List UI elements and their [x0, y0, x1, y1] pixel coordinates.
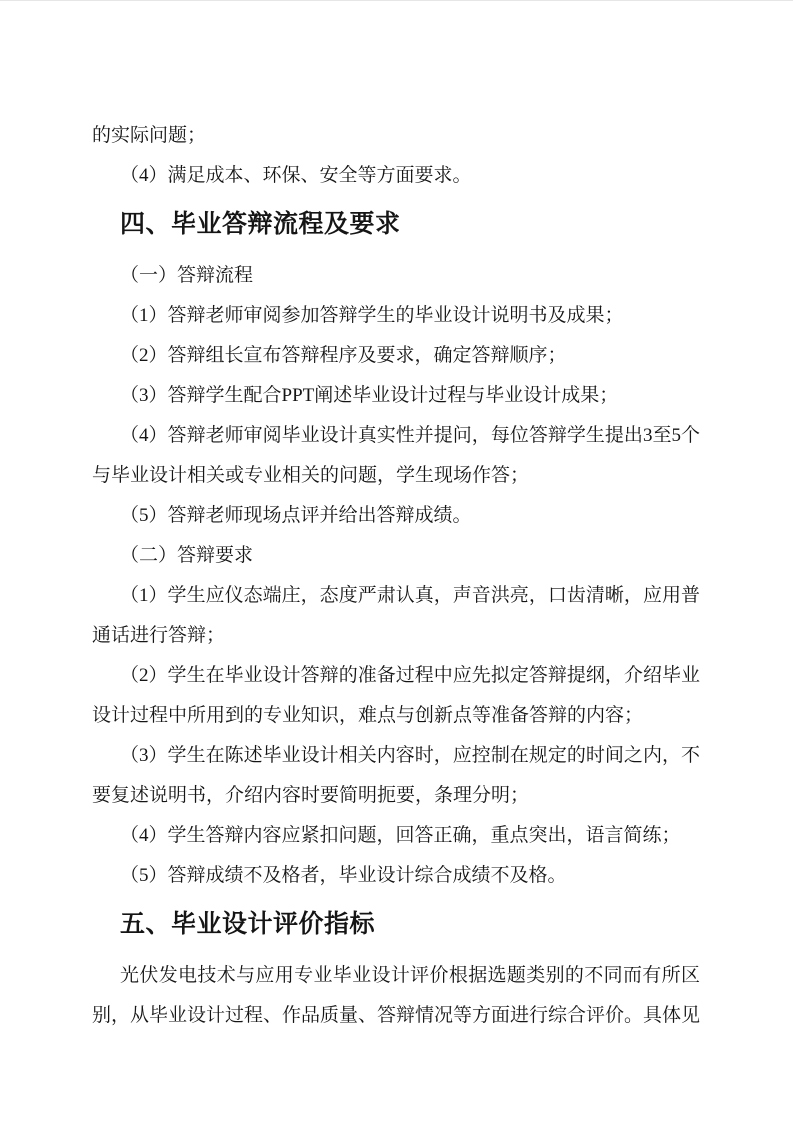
paragraph-line: （4）学生答辩内容应紧扣问题，回答正确，重点突出，语言简练； — [92, 816, 700, 856]
section-heading: 五、毕业设计评价指标 — [92, 904, 700, 944]
paragraph-line: （3）答辩学生配合PPT阐述毕业设计过程与毕业设计成果； — [92, 376, 700, 416]
paragraph-line: （5）答辩老师现场点评并给出答辩成绩。 — [92, 496, 700, 536]
paragraph-line: （2）答辩组长宣布答辩程序及要求，确定答辩顺序； — [92, 336, 700, 376]
section-heading: 四、毕业答辩流程及要求 — [92, 204, 700, 244]
paragraph-line: （1）答辩老师审阅参加答辩学生的毕业设计说明书及成果； — [92, 296, 700, 336]
paragraph-line: （2）学生在毕业设计答辩的准备过程中应先拟定答辩提纲，介绍毕业 — [92, 656, 700, 696]
paragraph-line: （4）满足成本、环保、安全等方面要求。 — [92, 156, 700, 196]
paragraph-line: 的实际问题； — [92, 116, 700, 156]
paragraph-line: （3）学生在陈述毕业设计相关内容时，应控制在规定的时间之内，不 — [92, 736, 700, 776]
paragraph-line: 设计过程中所用到的专业知识，难点与创新点等准备答辩的内容； — [92, 696, 700, 736]
paragraph-line: 别，从毕业设计过程、作品质量、答辩情况等方面进行综合评价。具体见 — [92, 996, 700, 1036]
paragraph-line: （1）学生应仪态端庄，态度严肃认真，声音洪亮，口齿清晰，应用普 — [92, 576, 700, 616]
paragraph-line: （二）答辩要求 — [92, 536, 700, 576]
paragraph-line: 光伏发电技术与应用专业毕业设计评价根据选题类别的不同而有所区 — [92, 956, 700, 996]
document-page: 的实际问题；（4）满足成本、环保、安全等方面要求。四、毕业答辩流程及要求（一）答… — [0, 0, 793, 1122]
paragraph-line: 与毕业设计相关或专业相关的问题，学生现场作答； — [92, 456, 700, 496]
paragraph-line: 通话进行答辩； — [92, 616, 700, 656]
document-body: 的实际问题；（4）满足成本、环保、安全等方面要求。四、毕业答辩流程及要求（一）答… — [92, 116, 700, 1036]
paragraph-line: （4）答辩老师审阅毕业设计真实性并提问，每位答辩学生提出3至5个 — [92, 416, 700, 456]
paragraph-line: （5）答辩成绩不及格者，毕业设计综合成绩不及格。 — [92, 856, 700, 896]
paragraph-line: （一）答辩流程 — [92, 256, 700, 296]
paragraph-line: 要复述说明书，介绍内容时要简明扼要，条理分明； — [92, 776, 700, 816]
